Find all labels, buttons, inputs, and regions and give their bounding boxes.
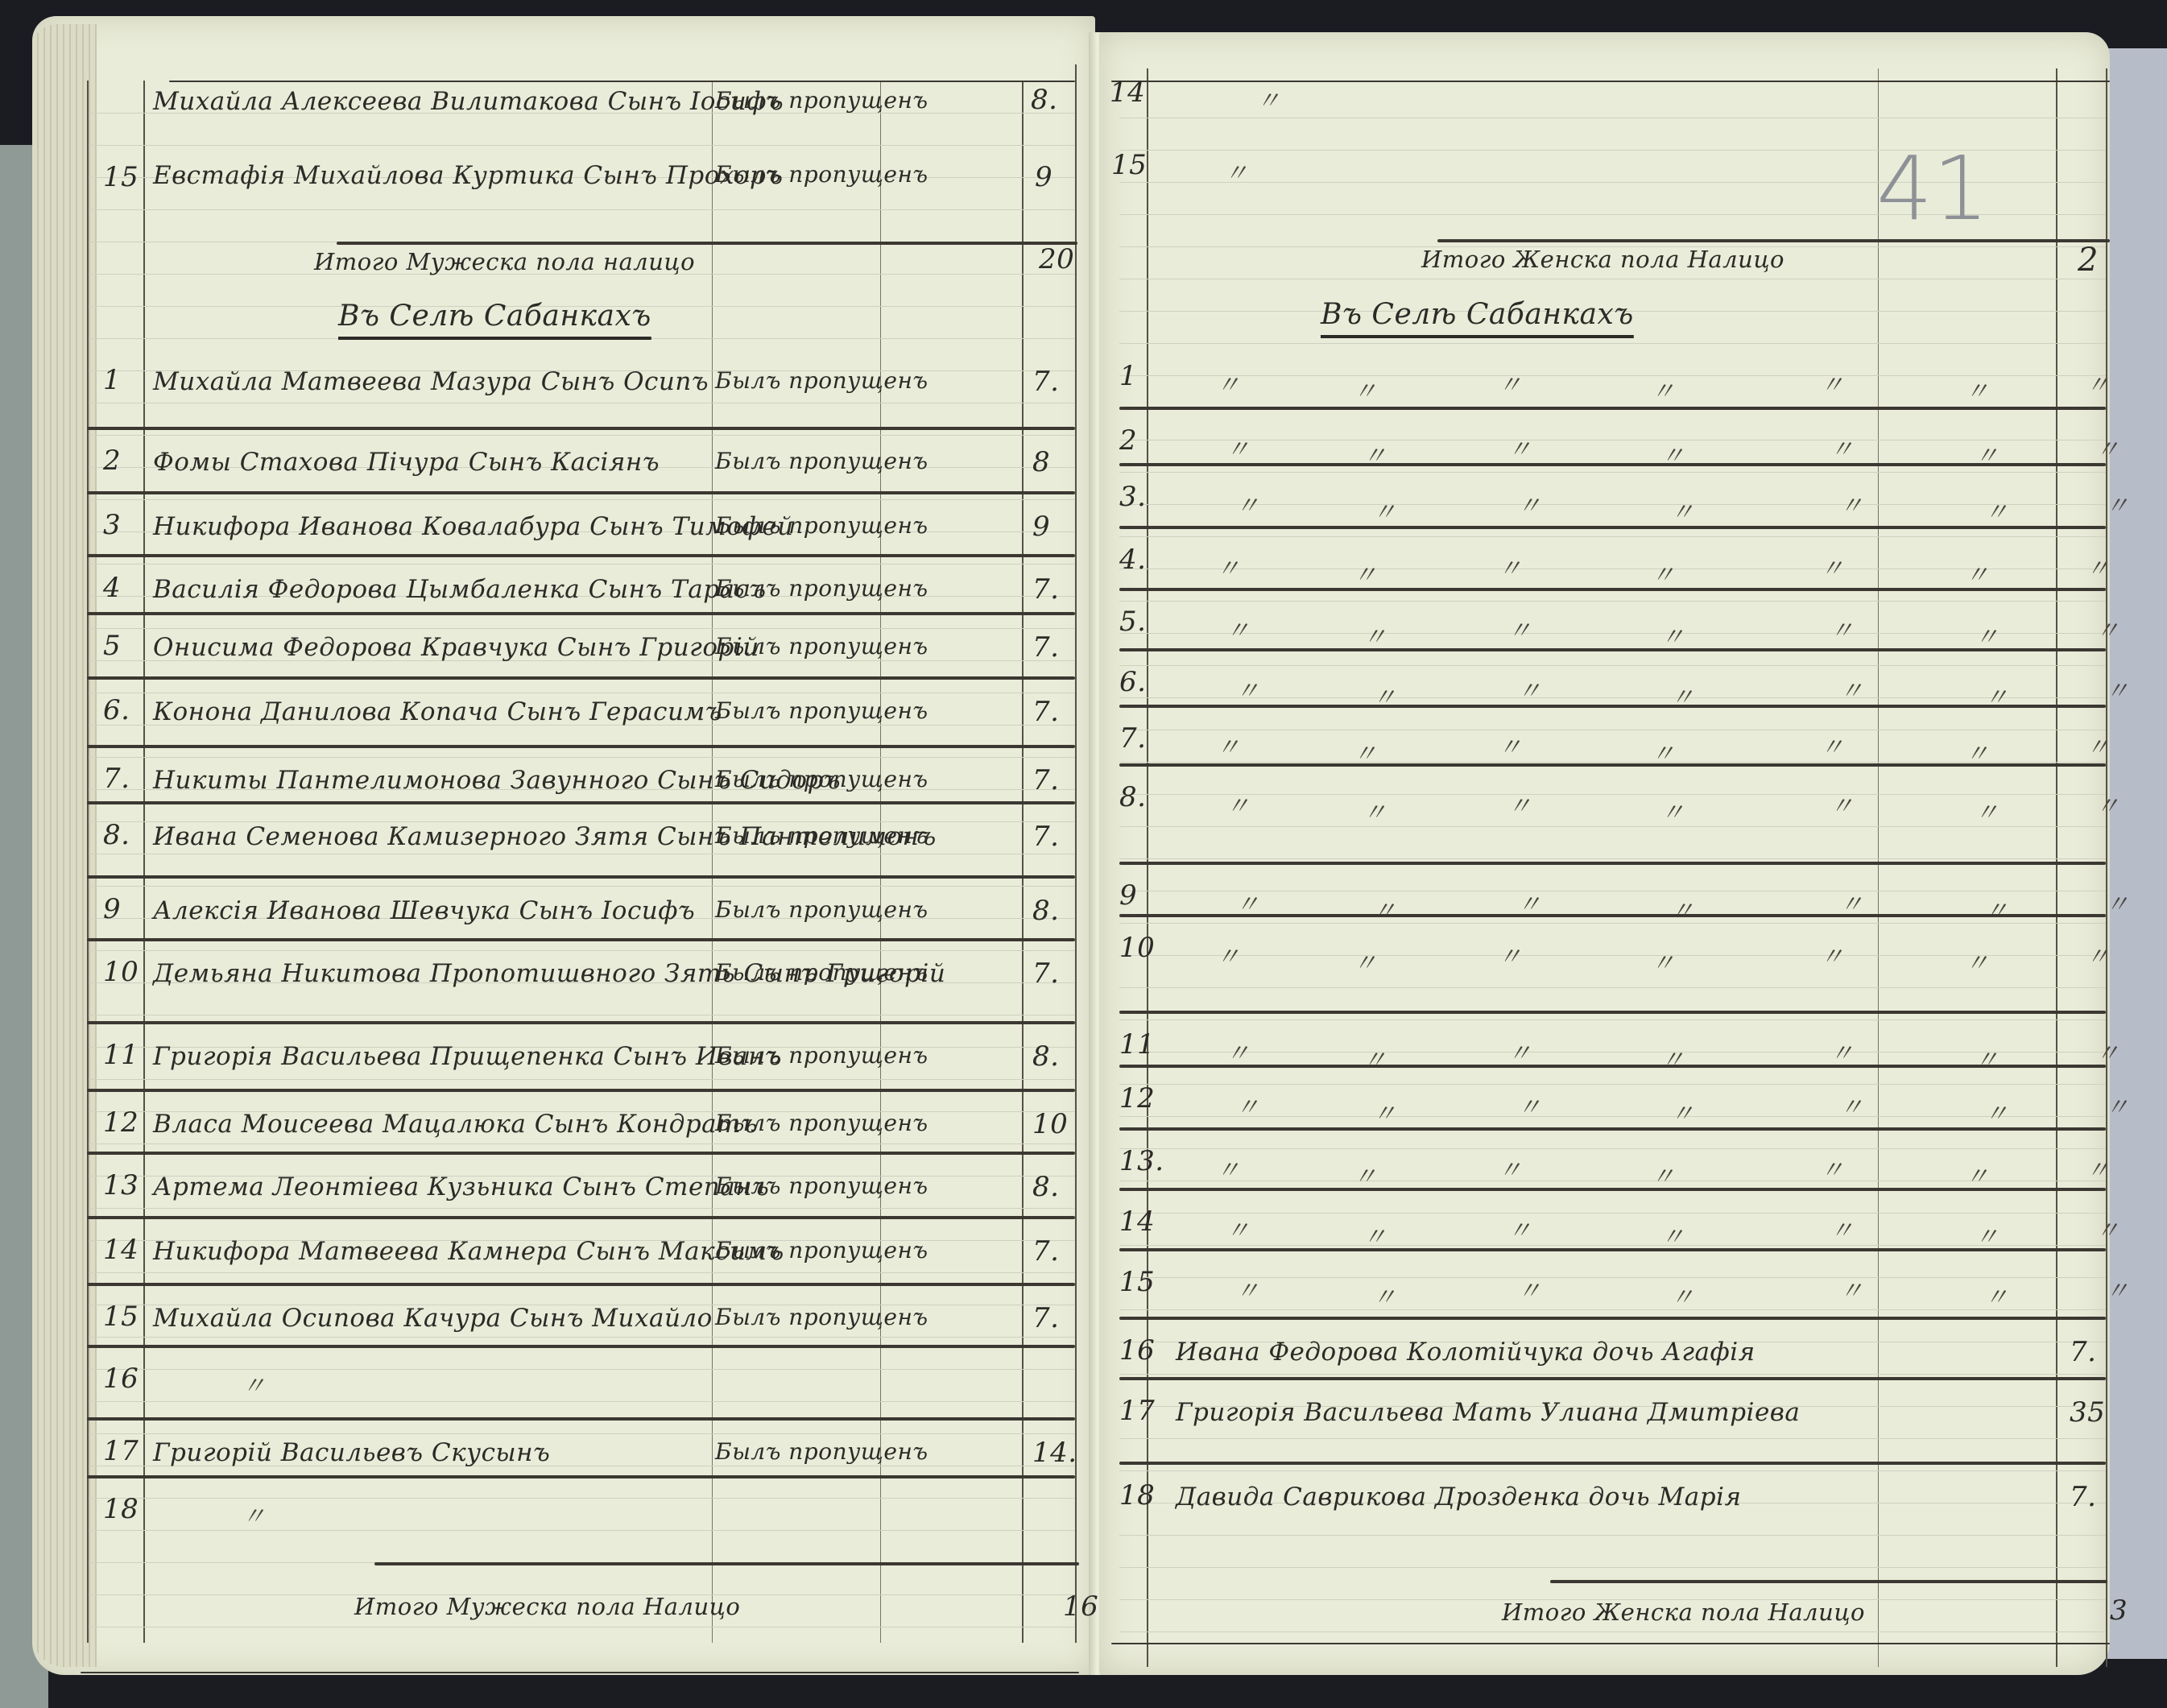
faint-rule [1119, 665, 2106, 666]
ditto-mark: 〃 [2105, 1087, 2130, 1123]
ditto-mark: 〃 [1820, 365, 1845, 400]
faint-rule [1119, 987, 2106, 988]
right-status-column-rule [1878, 68, 1879, 1667]
faint-rule [1119, 955, 2106, 956]
age-value: 7. [1032, 631, 1059, 664]
ditto-mark: 〃 [1216, 548, 1241, 584]
row-separator [1119, 914, 2106, 917]
ditto-mark: 〃 [1975, 617, 2000, 652]
row-separator [87, 875, 1075, 879]
ditto-mark: 〃 [1984, 891, 2009, 926]
ditto-mark: 〃 [1507, 786, 1532, 821]
faint-rule [1119, 1309, 2106, 1310]
faint-rule [89, 1401, 1075, 1402]
row-number: 17 [103, 1435, 139, 1467]
age-value: 7. [2070, 1481, 2096, 1513]
row-separator [87, 1216, 1075, 1219]
ditto-mark: 〃 [1226, 610, 1251, 646]
person-name: Никифора Матвеева Камнера Сынъ Максимъ [153, 1237, 784, 1266]
faint-rule [1119, 1567, 2106, 1568]
faint-rule [89, 145, 1075, 146]
faint-rule [1119, 472, 2106, 473]
ditto-mark: 〃 [1984, 1277, 2009, 1313]
status-text: Былъ пропущенъ [715, 575, 928, 602]
age-value: 9 [1035, 161, 1052, 193]
ditto-mark: 〃 [1372, 891, 1397, 926]
row-number: 3. [1119, 481, 1146, 513]
row-number: 15 [1119, 1266, 1155, 1298]
ditto-mark: 〃 [1216, 727, 1241, 763]
ditto-mark: 〃 [1363, 1217, 1387, 1252]
row-separator [87, 491, 1075, 494]
ditto-mark: 〃 [1651, 371, 1676, 407]
ditto-mark: 〃 [1839, 1087, 1864, 1123]
faint-rule [89, 1143, 1075, 1144]
row-separator [87, 938, 1075, 941]
faint-rule [89, 950, 1075, 951]
ditto-mark: 〃 [1670, 1094, 1695, 1129]
left-name-column-rule [143, 81, 145, 1643]
ditto-mark: 〃 [1353, 1156, 1378, 1192]
left-subtotal-label: Итого Мужеска пола налицо [314, 248, 695, 275]
ditto-mark: 〃 [1830, 610, 1855, 646]
row-number: 6. [103, 694, 130, 726]
left-extra-column-rule [880, 81, 881, 1643]
left-section-heading: Въ Селѣ Сабанкахъ [338, 300, 651, 333]
ditto-mark: 〃 [1820, 937, 1845, 972]
ditto-mark: 〃 [1965, 1156, 1990, 1192]
faint-rule [89, 628, 1075, 629]
ditto-mark: 〃 [1670, 1277, 1695, 1313]
row-separator [87, 612, 1075, 615]
row-separator [87, 1417, 1075, 1421]
ditto-mark: 〃 [1965, 371, 1990, 407]
ditto-mark: 〃 [1660, 1040, 1685, 1075]
row-separator [1119, 1248, 2106, 1251]
faint-rule [89, 1208, 1075, 1209]
ditto-mark: 〃 [1975, 1040, 2000, 1075]
ditto-mark: 〃 [1660, 792, 1685, 828]
row-separator [87, 1152, 1075, 1155]
faint-rule [89, 564, 1075, 565]
ditto-mark: 〃 [1517, 486, 1542, 521]
ditto-mark: 〃 [2086, 727, 2111, 763]
row-number: 7. [1119, 722, 1146, 755]
ditto-mark: 〃 [1498, 548, 1523, 584]
status-text: Былъ пропущенъ [715, 1304, 928, 1330]
row-number: 9 [1119, 879, 1137, 912]
ditto-mark: 〃 [1839, 671, 1864, 706]
person-name: Фомы Стахова Пічура Сынъ Касіянъ [153, 448, 660, 477]
ditto-mark: 〃 [1498, 1150, 1523, 1185]
ditto-mark: 〃 [2086, 937, 2111, 972]
ditto-mark: 〃 [2095, 786, 2120, 821]
ditto-mark: 〃 [1651, 1156, 1676, 1192]
age-value: 14. [1032, 1437, 1077, 1469]
ditto-mark: 〃 [1256, 81, 1281, 116]
faint-rule [1119, 1374, 2106, 1375]
row-separator [87, 1089, 1075, 1092]
ditto-mark: 〃 [1517, 671, 1542, 706]
left-total-value: 16 [1063, 1590, 1098, 1623]
ditto-mark: 〃 [2095, 429, 2120, 465]
status-text: Былъ пропущенъ [715, 1042, 928, 1069]
status-text: Былъ пропущенъ [715, 1172, 928, 1199]
status-text: Былъ пропущенъ [715, 1110, 928, 1136]
faint-rule [1119, 1470, 2106, 1471]
ditto-mark: 〃 [1353, 555, 1378, 590]
person-name: Давида Саврикова Дрозденка дочь Марія [1176, 1483, 1742, 1512]
status-text: Былъ пропущенъ [715, 448, 928, 474]
ditto-mark: 〃 [1235, 486, 1260, 521]
row-separator [1119, 588, 2106, 591]
status-text: Былъ пропущенъ [715, 959, 928, 986]
row-separator [1119, 1377, 2106, 1380]
ditto-mark: 〃 [1965, 943, 1990, 978]
row-separator [87, 554, 1075, 557]
row-number: 16 [103, 1363, 139, 1395]
row-number: 14 [103, 1234, 139, 1266]
faint-rule [89, 403, 1075, 403]
row-separator [1119, 1462, 2106, 1465]
status-text: Былъ пропущенъ [715, 697, 928, 724]
row-separator [1119, 407, 2106, 410]
person-name: Ивана Федорова Колотійчука дочь Агафія [1176, 1338, 1756, 1367]
right-total-label: Итого Женска пола Налицо [1502, 1598, 1865, 1626]
faint-rule [89, 854, 1075, 854]
ditto-mark: 〃 [2095, 1033, 2120, 1069]
faint-rule [89, 1627, 1075, 1627]
status-text: Былъ пропущенъ [715, 367, 928, 394]
faint-rule [1119, 1148, 2106, 1149]
status-text: Былъ пропущенъ [715, 87, 928, 114]
person-name: Василія Федорова Цымбаленка Сынъ Тарасъ [153, 575, 767, 604]
status-text: Былъ пропущенъ [715, 161, 928, 188]
ditto-mark: 〃 [1965, 555, 1990, 590]
faint-rule [1119, 375, 2106, 376]
faint-rule [1119, 536, 2106, 537]
ditto-mark: 〃 [1830, 1033, 1855, 1069]
ditto-mark: 〃 [1651, 943, 1676, 978]
faint-rule [89, 1369, 1075, 1370]
ditto-mark: 〃 [1651, 555, 1676, 590]
row-number: 14 [1119, 1206, 1155, 1238]
row-separator [1119, 463, 2106, 466]
row-number: 16 [1119, 1334, 1155, 1367]
ditto-mark: 〃 [1507, 610, 1532, 646]
row-separator [87, 1021, 1075, 1024]
age-value: 8 [1032, 446, 1050, 478]
row-number: 4 [103, 572, 121, 604]
ditto-mark: 〃 [1363, 792, 1387, 828]
ditto-mark: 〃 [2086, 548, 2111, 584]
status-text: Былъ пропущенъ [715, 1237, 928, 1263]
row-number: 9 [103, 893, 121, 925]
faint-rule [1119, 1438, 2106, 1439]
faint-rule [89, 1498, 1075, 1499]
ditto-mark: 〃 [1226, 1210, 1251, 1246]
row-number: 5 [103, 630, 121, 662]
row-number: 11 [1119, 1028, 1155, 1061]
faint-rule [1119, 118, 2106, 118]
row-number: 11 [103, 1039, 139, 1071]
faint-rule [1119, 762, 2106, 763]
ditto-mark: 〃 [1235, 671, 1260, 706]
ditto-mark: 〃 [1975, 1217, 2000, 1252]
ditto-mark: 〃 [1498, 727, 1523, 763]
right-subtotal-label: Итого Женска пола Налицо [1421, 246, 1784, 273]
row-number: 10 [103, 956, 139, 988]
faint-rule [1119, 826, 2106, 827]
ditto-mark: 〃 [1660, 1217, 1685, 1252]
faint-rule [1119, 601, 2106, 602]
ditto-mark: 〃 [1498, 365, 1523, 400]
ditto-mark: 〃 [1507, 429, 1532, 465]
row-number: 2 [103, 445, 121, 477]
row-number: 13. [1119, 1145, 1164, 1177]
row-number: 12 [103, 1106, 139, 1139]
faint-rule [1119, 923, 2106, 924]
faint-rule [89, 209, 1075, 210]
status-text: Былъ пропущенъ [715, 633, 928, 660]
status-text: Былъ пропущенъ [715, 822, 928, 849]
row-number: 12 [1119, 1082, 1155, 1115]
faint-rule [1119, 569, 2106, 569]
faint-rule [1119, 440, 2106, 440]
right-subtotal-rule [1437, 239, 2110, 242]
row-separator [1119, 1188, 2106, 1191]
faint-rule [1119, 858, 2106, 859]
left-subtotal-value: 20 [1039, 243, 1074, 275]
ditto-mark: 〃 [1226, 1033, 1251, 1069]
faint-rule [1119, 697, 2106, 698]
right-total-rule [1550, 1580, 2107, 1583]
ditto-mark: 〃 [1498, 937, 1523, 972]
faint-rule [1119, 794, 2106, 795]
faint-rule [1119, 1535, 2106, 1536]
ditto-mark: 〃 [2105, 486, 2130, 521]
row-separator [1119, 763, 2106, 767]
ditto-mark: 〃 [1820, 1150, 1845, 1185]
age-value: 7. [1032, 1302, 1059, 1334]
age-value: 7. [1032, 366, 1059, 398]
faint-rule [89, 886, 1075, 887]
ditto-mark: 〃 [1372, 492, 1397, 527]
ditto-mark: 〃 [2086, 365, 2111, 400]
faint-rule [89, 757, 1075, 758]
age-value: 8. [1032, 895, 1059, 927]
age-value: 7. [2070, 1336, 2096, 1368]
row-number: 8. [103, 819, 130, 851]
ditto-mark: 〃 [1224, 153, 1249, 188]
row-number: 1 [1119, 360, 1137, 392]
row-separator [1119, 705, 2106, 708]
row-separator [1119, 1065, 2106, 1068]
person-name: Григорія Васильева Мать Улиана Дмитріева [1176, 1398, 1800, 1427]
folio-number-pencil: 41 [1876, 137, 1989, 240]
ditto-mark: 〃 [2095, 1210, 2120, 1246]
faint-rule [1119, 633, 2106, 634]
status-text: Былъ пропущенъ [715, 766, 928, 792]
person-name: Никифора Иванова Ковалабура Сынъ Тимофей [153, 512, 794, 541]
ditto-mark: 〃 [1830, 1210, 1855, 1246]
right-num-column-rule [1147, 68, 1148, 1667]
faint-rule [89, 1272, 1075, 1273]
ditto-mark: 〃 [1517, 1087, 1542, 1123]
ditto-mark: 〃 [1507, 1033, 1532, 1069]
ditto-mark: 〃 [1660, 617, 1685, 652]
row-separator [87, 1345, 1075, 1348]
faint-rule [1119, 1277, 2106, 1278]
row-number: 18 [1119, 1479, 1155, 1512]
faint-rule [89, 1079, 1075, 1080]
ditto-mark: 〃 [1830, 786, 1855, 821]
right-bottom-rule [1111, 1643, 2110, 1644]
ditto-mark: 〃 [1353, 943, 1378, 978]
ditto-mark: 〃 [1216, 1150, 1241, 1185]
row-number: 18 [103, 1493, 139, 1525]
person-name: Михайла Алексеева Вилитакова Сынъ Іосифъ [153, 87, 784, 116]
ditto-mark: 〃 [1670, 492, 1695, 527]
faint-rule [89, 693, 1075, 693]
row-separator [1119, 862, 2106, 865]
row-separator [87, 745, 1075, 748]
person-name: Евстафія Михайлова Куртика Сынъ Прохоръ [153, 161, 784, 190]
faint-rule [1119, 1181, 2106, 1181]
ditto-mark: 〃 [1235, 1271, 1260, 1306]
ditto-mark: 〃 [1226, 429, 1251, 465]
ditto-mark: 〃 [1670, 891, 1695, 926]
ditto-mark: 〃 [2095, 610, 2120, 646]
ditto-mark: 〃 [2105, 671, 2130, 706]
row-number: 15 [1111, 149, 1147, 181]
row-separator [1119, 648, 2106, 651]
left-page-right-rule [1075, 64, 1077, 1643]
ditto-mark: 〃 [1363, 1040, 1387, 1075]
row-number: 7. [103, 763, 130, 795]
ditto-mark: 〃 [1372, 1094, 1397, 1129]
age-value: 7. [1032, 821, 1059, 853]
ditto-mark: 〃 [1820, 548, 1845, 584]
faint-rule [89, 338, 1075, 339]
faint-rule [1119, 891, 2106, 891]
ditto-mark: 〃 [1353, 371, 1378, 407]
row-number: 17 [1119, 1395, 1155, 1427]
ditto-mark: 〃 [1984, 492, 2009, 527]
faint-rule [89, 1337, 1075, 1338]
row-number: 13 [103, 1169, 139, 1201]
row-number: 6. [1119, 666, 1146, 698]
right-total-value: 3 [2110, 1594, 2128, 1627]
faint-rule [1119, 1213, 2106, 1214]
left-top-rule [169, 81, 1075, 82]
person-name: Алексія Иванова Шевчука Сынъ Іосифъ [153, 896, 695, 925]
status-text: Былъ пропущенъ [715, 1438, 928, 1465]
row-number: 4. [1119, 544, 1146, 576]
row-separator [1119, 526, 2106, 529]
person-name: 〃 [242, 1496, 267, 1532]
row-number: 1 [103, 364, 121, 396]
faint-rule [1119, 1052, 2106, 1053]
age-value: 7. [1032, 696, 1059, 728]
faint-rule [89, 499, 1075, 500]
person-name: Григорія Васильева Прищепенка Сынъ Иванъ [153, 1042, 782, 1071]
left-total-rule [374, 1562, 1079, 1565]
row-number: 3 [103, 509, 121, 541]
ditto-mark: 〃 [2105, 884, 2130, 920]
age-value: 7. [1032, 764, 1059, 796]
ditto-mark: 〃 [1839, 1271, 1864, 1306]
row-number: 5. [1119, 606, 1146, 638]
row-separator [87, 801, 1075, 804]
right-subtotal-value: 2 [2078, 242, 2099, 279]
age-value: 7. [1032, 573, 1059, 606]
subtotal-rule [337, 242, 1077, 245]
faint-rule [1119, 1245, 2106, 1246]
age-value: 8. [1032, 1171, 1059, 1203]
row-number: 15 [103, 161, 139, 193]
right-section-heading: Въ Селѣ Сабанкахъ [1321, 298, 1634, 331]
row-separator [87, 676, 1075, 680]
left-age-column-rule [1022, 81, 1024, 1643]
person-name: Михайла Осипова Качура Сынъ Михайло [153, 1304, 713, 1333]
age-value: 35 [2070, 1396, 2105, 1429]
person-name: Онисима Федорова Кравчука Сынъ Григорій [153, 633, 759, 662]
ditto-mark: 〃 [1235, 1087, 1260, 1123]
faint-rule [1119, 343, 2106, 344]
person-name: Михайла Матвеева Мазура Сынъ Осипъ [153, 367, 709, 396]
row-separator [87, 1283, 1075, 1286]
ditto-mark: 〃 [1975, 792, 2000, 828]
left-total-label: Итого Мужеска пола Налицо [354, 1593, 740, 1620]
faint-rule [1119, 504, 2106, 505]
faint-rule [1119, 1116, 2106, 1117]
age-value: 9 [1032, 511, 1050, 543]
person-name: Григорій Васильевъ Скусынъ [153, 1438, 550, 1467]
row-separator [1119, 1317, 2106, 1320]
person-name: Артема Леонтіева Кузьника Сынъ Степанъ [153, 1172, 769, 1201]
faint-rule [1119, 1084, 2106, 1085]
ditto-mark: 〃 [1830, 429, 1855, 465]
status-text: Былъ пропущенъ [715, 896, 928, 923]
ditto-mark: 〃 [1507, 1210, 1532, 1246]
left-bottom-rule [81, 1672, 1079, 1673]
row-number: 2 [1119, 424, 1137, 457]
right-age-column-rule [2056, 68, 2057, 1667]
row-separator [87, 427, 1075, 430]
faint-rule [1119, 279, 2106, 279]
age-value: 8. [1031, 84, 1057, 116]
age-value: 8. [1032, 1040, 1059, 1073]
faint-rule [89, 1530, 1075, 1531]
row-separator [1119, 1127, 2106, 1131]
ditto-mark: 〃 [2105, 1271, 2130, 1306]
person-name: Власа Моисеева Мацалюка Сынъ Кондратъ [153, 1110, 758, 1139]
status-text: Былъ пропущенъ [715, 512, 928, 539]
faint-rule [89, 1015, 1075, 1015]
faint-rule [1119, 730, 2106, 730]
ditto-mark: 〃 [1517, 1271, 1542, 1306]
row-number: 14 [1110, 77, 1145, 109]
row-separator [87, 1475, 1075, 1478]
row-number: 8. [1119, 781, 1146, 813]
right-page-right-rule [2106, 68, 2107, 1667]
age-value: 7. [1032, 1235, 1059, 1268]
person-name: Конона Данилова Копача Сынъ Герасимъ [153, 697, 722, 726]
ditto-mark: 〃 [1984, 1094, 2009, 1129]
left-num-column-rule [87, 81, 89, 1643]
ditto-mark: 〃 [1839, 486, 1864, 521]
